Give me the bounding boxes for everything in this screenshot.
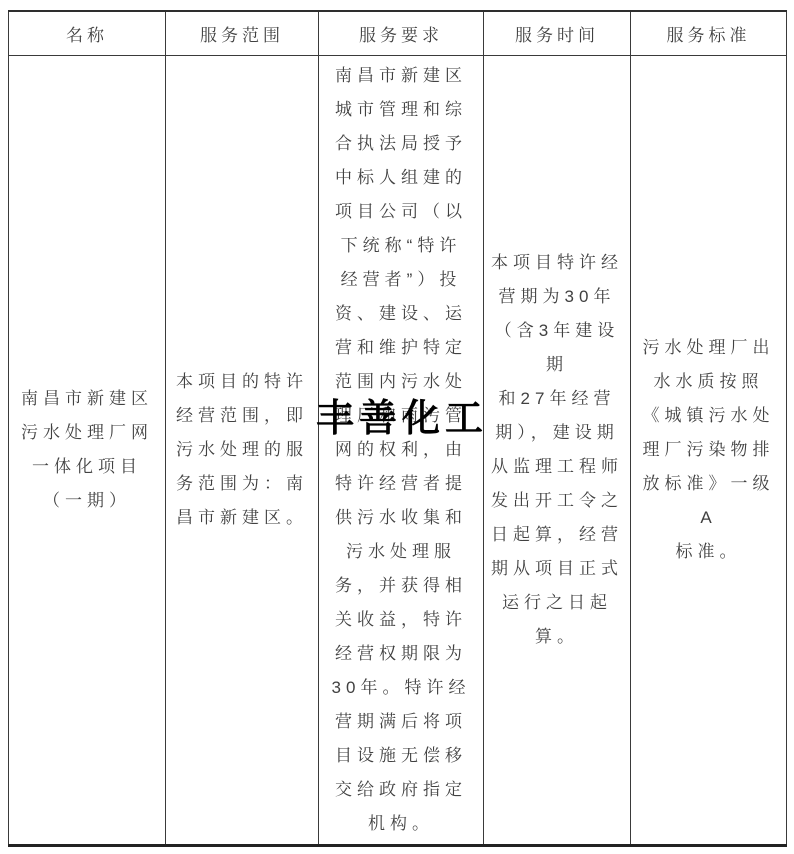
cell-service-standard: 污水处理厂出 水水质按照 《城镇污水处 理厂污染物排 放标准》一级A 标准。: [631, 55, 787, 845]
header-cell-name: 名称: [9, 11, 166, 55]
service-requirements-text: 南昌市新建区 城市管理和综 合执法局授予 中标人组建的 项目公司（以 下统称“特…: [325, 59, 477, 841]
service-standard-text: 污水处理厂出 水水质按照 《城镇污水处 理厂污染物排 放标准》一级A 标准。: [637, 331, 780, 569]
service-scope-text: 本项目的特许 经营范围，即 污水处理的服 务范围为：南 昌市新建区。: [172, 365, 312, 535]
cell-service-scope: 本项目的特许 经营范围，即 污水处理的服 务范围为：南 昌市新建区。: [166, 55, 319, 845]
service-info-table: 名称 服务范围 服务要求 服务时间 服务标准 南昌市新建区 污水处理厂网 一体化…: [8, 10, 787, 847]
header-cell-scope: 服务范围: [166, 11, 319, 55]
service-time-text: 本项目特许经 营期为30年 （含3年建设期 和27年经营 期），建设期 从监理工…: [490, 246, 624, 654]
header-cell-standard: 服务标准: [631, 11, 787, 55]
project-name-text: 南昌市新建区 污水处理厂网 一体化项目 （一期）: [15, 382, 159, 518]
page: { "watermark": { "text": "丰善化工", "color"…: [0, 0, 794, 854]
table-row: 南昌市新建区 污水处理厂网 一体化项目 （一期） 本项目的特许 经营范围，即 污…: [9, 55, 787, 845]
table-header-row: 名称 服务范围 服务要求 服务时间 服务标准: [9, 11, 787, 55]
cell-service-requirements: 南昌市新建区 城市管理和综 合执法局授予 中标人组建的 项目公司（以 下统称“特…: [319, 55, 484, 845]
cell-project-name: 南昌市新建区 污水处理厂网 一体化项目 （一期）: [9, 55, 166, 845]
header-cell-time: 服务时间: [484, 11, 631, 55]
cell-service-time: 本项目特许经 营期为30年 （含3年建设期 和27年经营 期），建设期 从监理工…: [484, 55, 631, 845]
header-cell-requirements: 服务要求: [319, 11, 484, 55]
